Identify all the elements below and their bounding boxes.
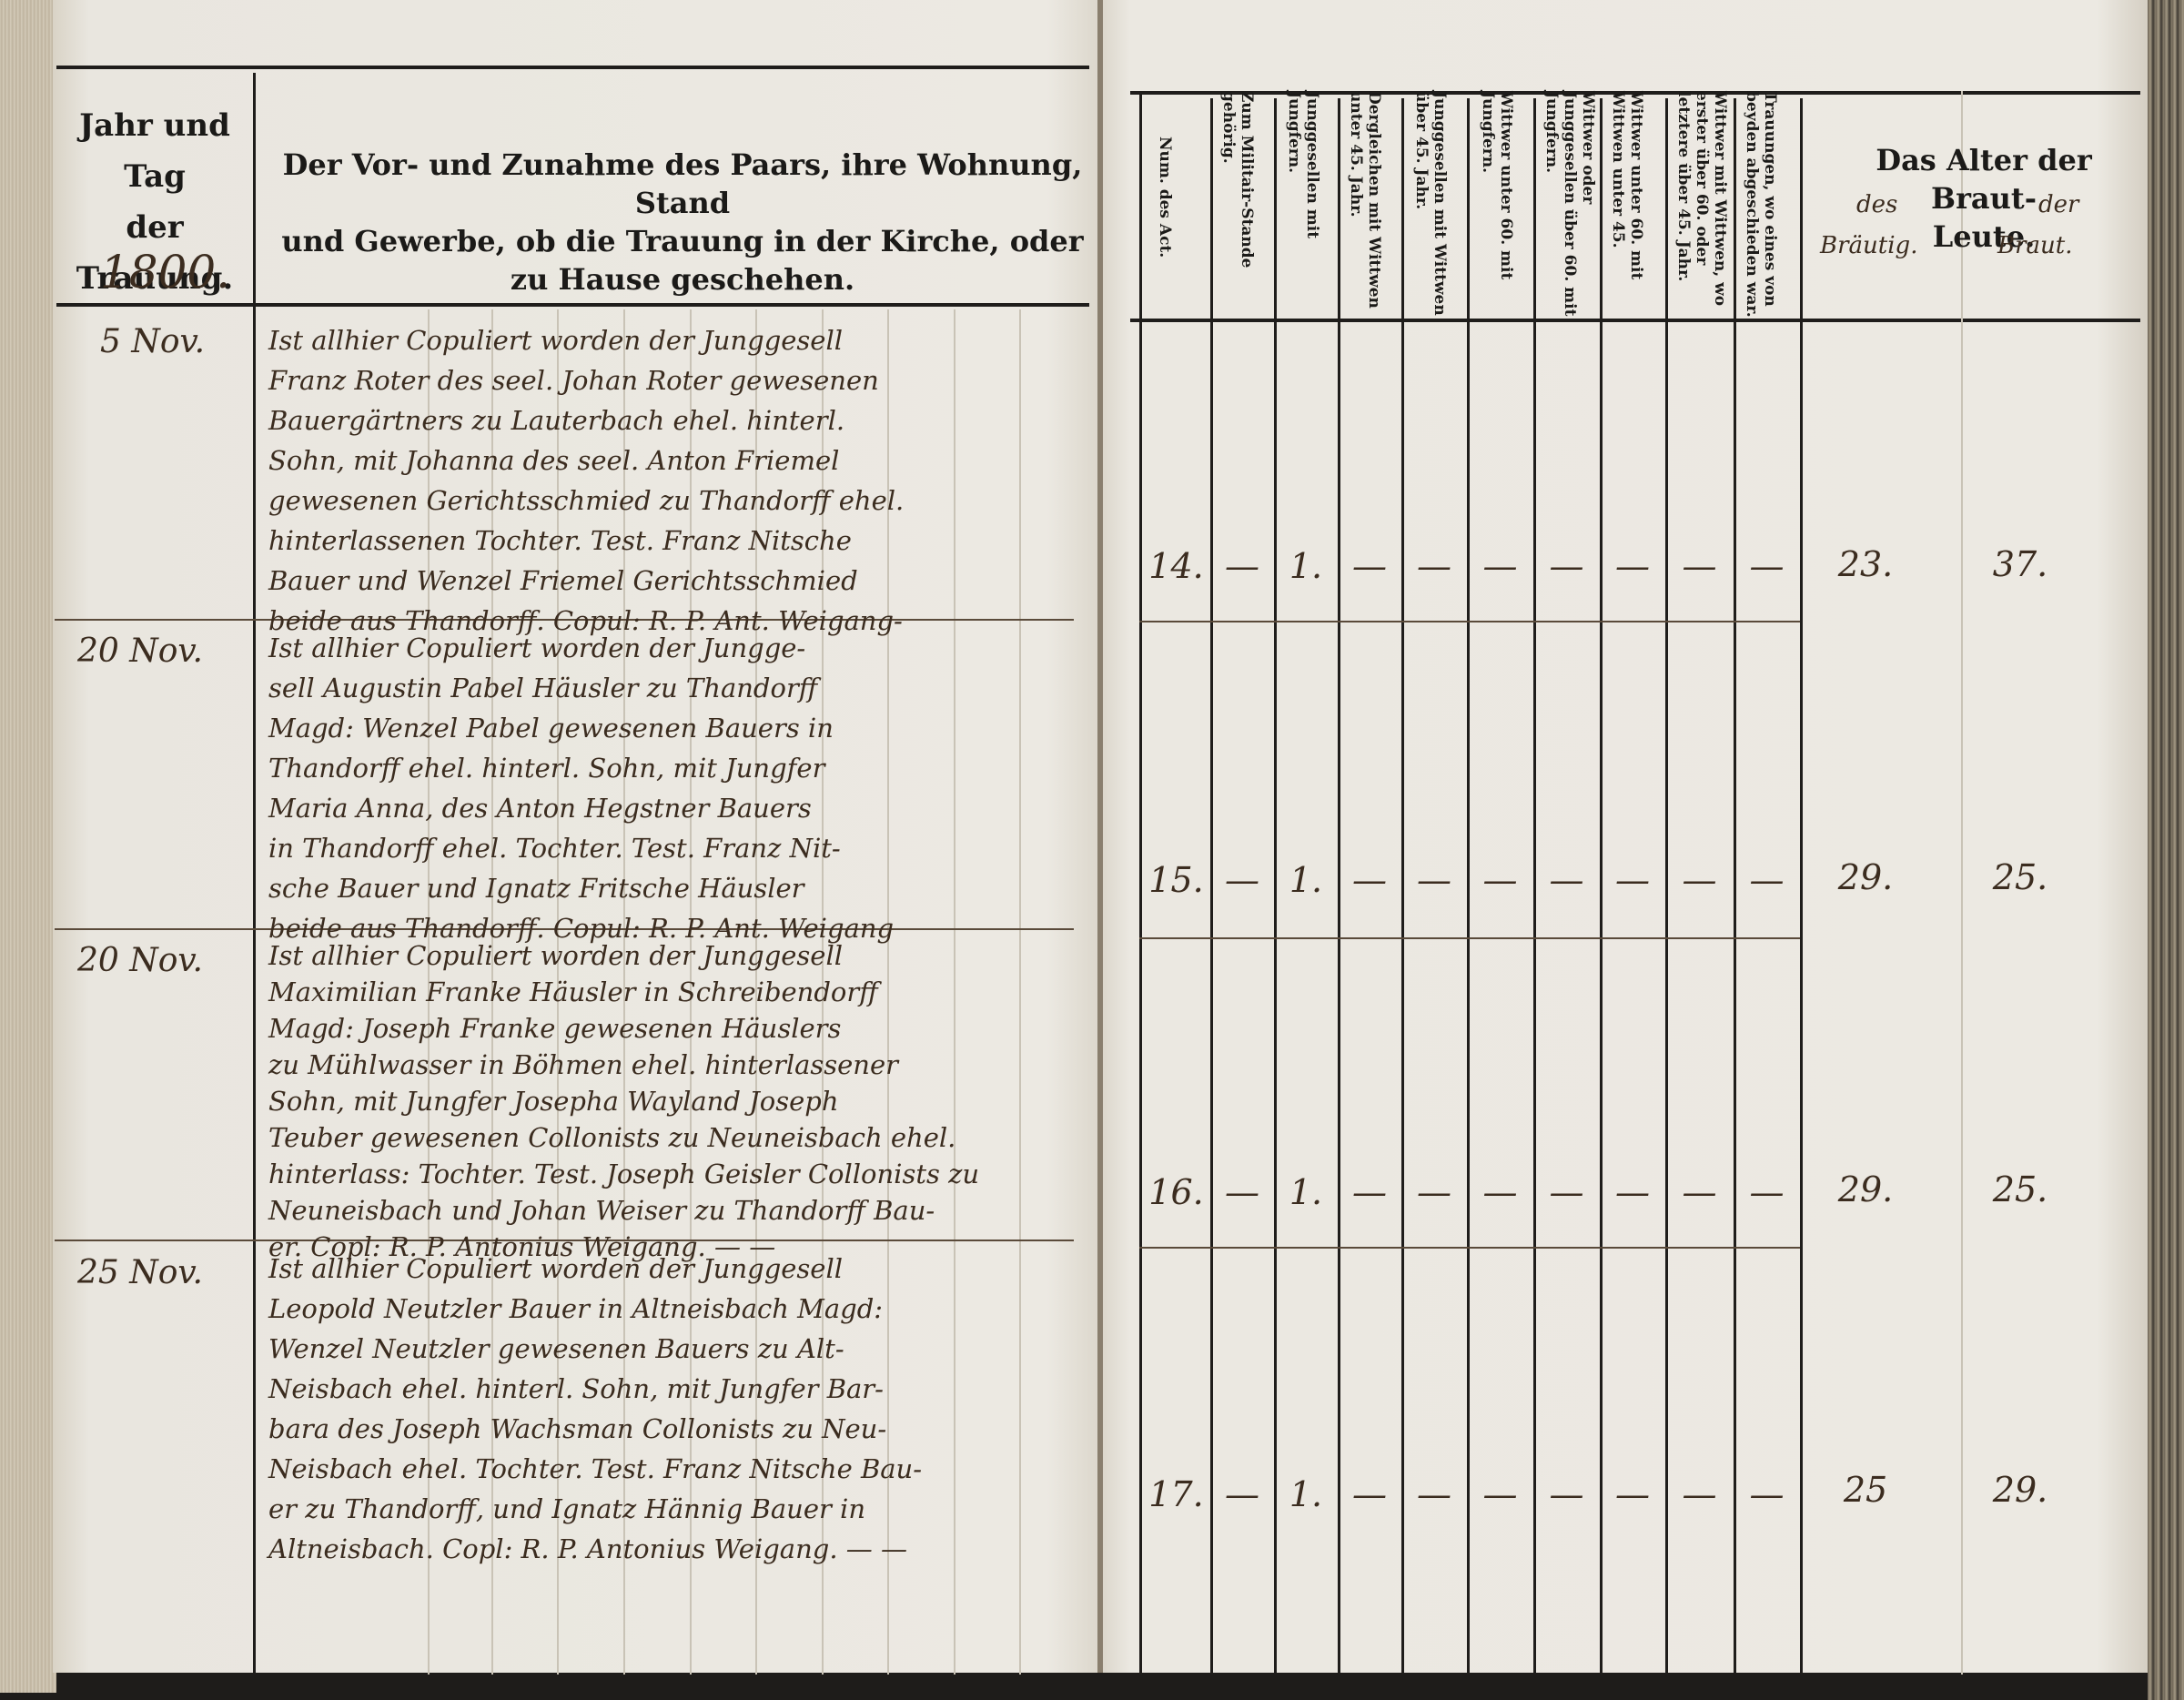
entry-line: bara des Joseph Wachsman Collonists zu N… xyxy=(268,1409,1069,1449)
col-header-widower-u60-widow-u45: Wittwer unter 60. mit Wittwen unter 45. xyxy=(1609,91,1645,319)
cell-bachelor-maiden: 1. xyxy=(1274,1474,1338,1514)
entry-line: sell Augustin Pabel Häusler zu Thandorff xyxy=(268,668,1069,708)
entry-line: er zu Thandorff, und Ignatz Hännig Bauer… xyxy=(268,1489,1069,1529)
header-desc-line2: und Gewerbe, ob die Trauung in der Kirch… xyxy=(273,222,1092,260)
entry-line: Teuber gewesenen Collonists zu Neuneisba… xyxy=(268,1119,1069,1156)
groom-age-label: Bräutig. xyxy=(1820,232,1917,259)
entry-line: Neuneisbach und Johan Weiser zu Thandorf… xyxy=(268,1192,1069,1229)
col-header-military: Zum Militair-Stande gehörig. xyxy=(1219,91,1256,319)
cell-military: — xyxy=(1210,1172,1274,1212)
entry-line: Sohn, mit Johanna des seel. Anton Frieme… xyxy=(268,440,1069,481)
cell-dash: — xyxy=(1401,1474,1467,1514)
cell-dash: — xyxy=(1467,546,1533,586)
entry-line: gewesenen Gerichtsschmied zu Thandorff e… xyxy=(268,481,1069,521)
cell-bride-age: 37. xyxy=(1975,544,2066,584)
cell-groom-age: 29. xyxy=(1820,857,1911,897)
cell-bride-age: 29. xyxy=(1975,1470,2066,1510)
col-header-bachelor-widow-u45: Dergleichen mit Wittwen unter 45. Jahr. xyxy=(1347,91,1383,319)
cell-dash: — xyxy=(1734,1172,1800,1212)
entry-line: Ist allhier Copuliert worden der Jungges… xyxy=(268,937,1069,974)
cell-dash: — xyxy=(1665,1474,1734,1514)
bride-age-label: Braut. xyxy=(1997,232,2073,259)
cell-dash: — xyxy=(1533,546,1600,586)
col-header-divorced: Trauungen, wo eines von beyden abgeschie… xyxy=(1743,91,1779,319)
book-page-edges-left xyxy=(0,0,56,1693)
entry-date: 20 Nov. xyxy=(77,632,203,670)
cell-groom-age: 23. xyxy=(1820,544,1911,584)
col-header-widower-u60-maiden: Wittwer unter 60. mit Jungfern. xyxy=(1479,91,1515,319)
entry-line: hinterlassenen Tochter. Test. Franz Nits… xyxy=(268,521,1069,561)
entry-date: 5 Nov. xyxy=(100,323,205,360)
cell-dash: — xyxy=(1401,1172,1467,1212)
entry-line: Maximilian Franke Häusler in Schreibendo… xyxy=(268,974,1069,1010)
col-header-widower-o60-maiden: Wittwer oder Junggesellen über 60. mit J… xyxy=(1542,91,1597,319)
entry-line: hinterlass: Tochter. Test. Joseph Geisle… xyxy=(268,1156,1069,1192)
cell-dash: — xyxy=(1401,546,1467,586)
entry-date: 25 Nov. xyxy=(77,1254,203,1291)
entry-line: Altneisbach. Copl: R. P. Antonius Weigan… xyxy=(268,1529,1069,1569)
cell-dash: — xyxy=(1467,1474,1533,1514)
entry-text: Ist allhier Copuliert worden der Jungges… xyxy=(268,937,1069,1265)
cell-groom-age: 25 xyxy=(1820,1470,1911,1510)
cell-num: 17. xyxy=(1142,1474,1210,1514)
cell-dash: — xyxy=(1467,1172,1533,1212)
entry-line: Bauergärtners zu Lauterbach ehel. hinter… xyxy=(268,400,1069,440)
cell-dash: — xyxy=(1665,546,1734,586)
cell-dash: — xyxy=(1401,860,1467,900)
cell-dash: — xyxy=(1338,1172,1401,1212)
cell-dash: — xyxy=(1665,1172,1734,1212)
cell-num: 15. xyxy=(1142,860,1210,900)
cell-dash: — xyxy=(1533,1474,1600,1514)
cell-groom-age: 29. xyxy=(1820,1169,1911,1209)
cell-military: — xyxy=(1210,1474,1274,1514)
cell-dash: — xyxy=(1338,1474,1401,1514)
age-header-der: der xyxy=(2038,191,2078,218)
cell-bride-age: 25. xyxy=(1975,1169,2066,1209)
entry-text: Ist allhier Copuliert worden der Jungge-… xyxy=(268,628,1069,948)
entry-date: 20 Nov. xyxy=(77,942,203,979)
cell-bachelor-maiden: 1. xyxy=(1274,860,1338,900)
entry-text: Ist allhier Copuliert worden der Jungges… xyxy=(268,1249,1069,1569)
cell-dash: — xyxy=(1734,860,1800,900)
cell-dash: — xyxy=(1734,546,1800,586)
header-desc-line1: Der Vor- und Zunahme des Paars, ihre Woh… xyxy=(273,146,1092,222)
cell-dash: — xyxy=(1665,860,1734,900)
entry-line: Leopold Neutzler Bauer in Altneisbach Ma… xyxy=(268,1289,1069,1329)
cell-dash: — xyxy=(1600,1474,1665,1514)
entry-line: Franz Roter des seel. Johan Roter gewese… xyxy=(268,360,1069,400)
entry-line: Ist allhier Copuliert worden der Jungge- xyxy=(268,628,1069,668)
cell-military: — xyxy=(1210,546,1274,586)
col-header-bachelor-widow-o45: Junggesellen mit Wittwen über 45. Jahr. xyxy=(1412,91,1449,319)
cell-military: — xyxy=(1210,860,1274,900)
cell-dash: — xyxy=(1338,546,1401,586)
col-header-bachelor-maiden: Junggesellen mit Jungfern. xyxy=(1285,91,1321,319)
cell-num: 16. xyxy=(1142,1172,1210,1212)
cell-dash: — xyxy=(1600,860,1665,900)
cell-num: 14. xyxy=(1142,546,1210,586)
entry-line: Neisbach ehel. hinterl. Sohn, mit Jungfe… xyxy=(268,1369,1069,1409)
age-header-des: des xyxy=(1856,191,1897,218)
entry-line: Neisbach ehel. Tochter. Test. Franz Nits… xyxy=(268,1449,1069,1489)
entry-line: Ist allhier Copuliert worden der Jungges… xyxy=(268,1249,1069,1289)
entry-line: in Thandorff ehel. Tochter. Test. Franz … xyxy=(268,828,1069,868)
cell-dash: — xyxy=(1734,1474,1800,1514)
cell-dash: — xyxy=(1533,1172,1600,1212)
header-date-line1: Jahr und Tag xyxy=(55,100,255,202)
cell-dash: — xyxy=(1338,860,1401,900)
entry-line: Magd: Wenzel Pabel gewesenen Bauers in xyxy=(268,708,1069,748)
entry-line: Wenzel Neutzler gewesenen Bauers zu Alt- xyxy=(268,1329,1069,1369)
cell-dash: — xyxy=(1533,860,1600,900)
entry-line: Sohn, mit Jungfer Josepha Wayland Joseph xyxy=(268,1083,1069,1119)
cell-dash: — xyxy=(1600,1172,1665,1212)
col-header-num: Num. des Act. xyxy=(1156,137,1174,319)
entry-line: Thandorff ehel. hinterl. Sohn, mit Jungf… xyxy=(268,748,1069,788)
header-description-column: Der Vor- und Zunahme des Paars, ihre Woh… xyxy=(273,146,1092,299)
entry-line: zu Mühlwasser in Böhmen ehel. hinterlass… xyxy=(268,1047,1069,1083)
cell-bride-age: 25. xyxy=(1975,857,2066,897)
cell-bachelor-maiden: 1. xyxy=(1274,1172,1338,1212)
entry-line: sche Bauer und Ignatz Fritsche Häusler xyxy=(268,868,1069,908)
entry-line: Magd: Joseph Franke gewesenen Häuslers xyxy=(268,1010,1069,1047)
header-desc-line3: zu Hause geschehen. xyxy=(273,260,1092,299)
cell-dash: — xyxy=(1467,860,1533,900)
book-page-edges-right xyxy=(2148,0,2184,1700)
header-year-handwritten: 1800. xyxy=(100,246,230,299)
entry-line: Maria Anna, des Anton Hegstner Bauers xyxy=(268,788,1069,828)
entry-line: Bauer und Wenzel Friemel Gerichtsschmied xyxy=(268,561,1069,601)
cell-bachelor-maiden: 1. xyxy=(1274,546,1338,586)
col-header-widower-widow: Wittwer mit Wittwen, wo erster über 60. … xyxy=(1674,91,1729,319)
cell-dash: — xyxy=(1600,546,1665,586)
entry-text: Ist allhier Copuliert worden der Jungges… xyxy=(268,320,1069,641)
entry-line: Ist allhier Copuliert worden der Jungges… xyxy=(268,320,1069,360)
